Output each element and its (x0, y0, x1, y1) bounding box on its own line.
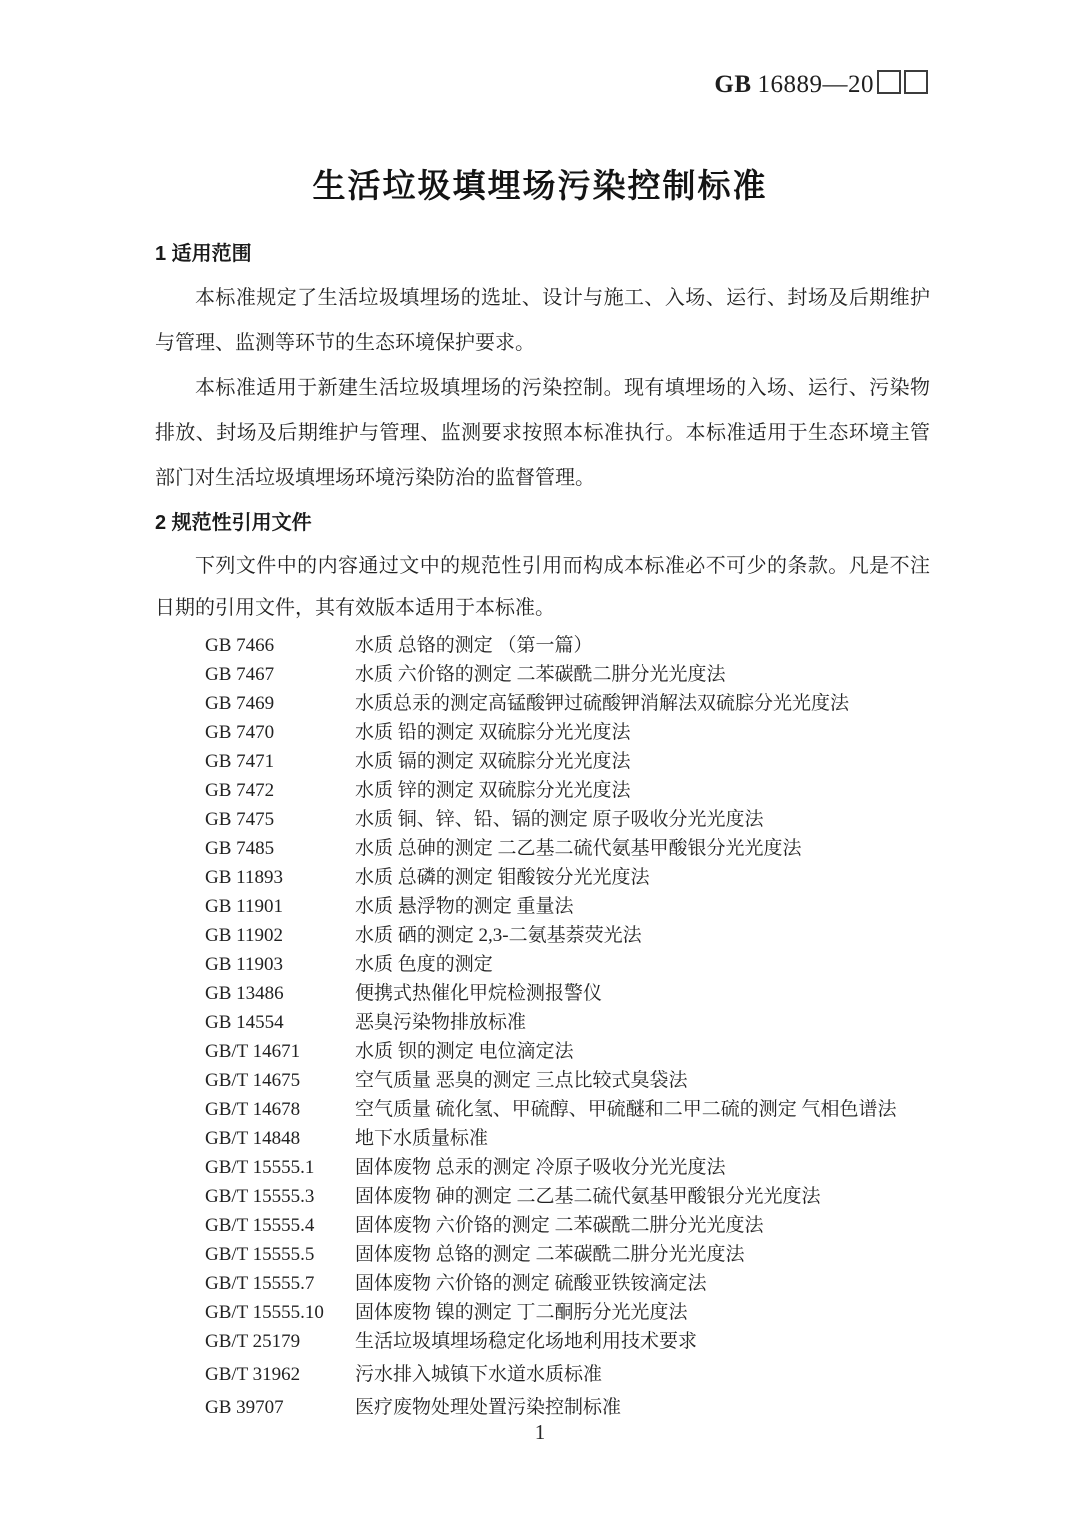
reference-title: 固体废物 砷的测定 二乙基二硫代氨基甲酸银分光光度法 (355, 1182, 930, 1211)
reference-code: GB/T 15555.4 (205, 1211, 355, 1240)
reference-item: GB/T 14848地下水质量标准 (205, 1124, 930, 1153)
standard-code: GB16889—20 (714, 70, 928, 99)
document-title: 生活垃圾填埋场污染控制标准 (0, 160, 1080, 207)
reference-code: GB 39707 (205, 1393, 355, 1422)
reference-item: GB 14554恶臭污染物排放标准 (205, 1008, 930, 1037)
reference-item: GB 7485水质 总砷的测定 二乙基二硫代氨基甲酸银分光光度法 (205, 834, 930, 863)
reference-item: GB 7469水质总汞的测定高锰酸钾过硫酸钾消解法双硫腙分光光度法 (205, 689, 930, 718)
reference-title: 水质 六价铬的测定 二苯碳酰二肼分光光度法 (355, 660, 930, 689)
reference-code: GB 7466 (205, 631, 355, 660)
reference-title: 固体废物 总铬的测定 二苯碳酰二肼分光光度法 (355, 1240, 930, 1269)
section-1-paragraph-2: 本标准适用于新建生活垃圾填埋场的污染控制。现有填埋场的入场、运行、污染物排放、封… (155, 366, 930, 501)
reference-title: 水质 悬浮物的测定 重量法 (355, 892, 930, 921)
reference-item: GB/T 15555.1固体废物 总汞的测定 冷原子吸收分光光度法 (205, 1153, 930, 1182)
reference-title: 污水排入城镇下水道水质标准 (355, 1360, 930, 1389)
reference-title: 水质 总磷的测定 钼酸铵分光光度法 (355, 863, 930, 892)
reference-item: GB 11893水质 总磷的测定 钼酸铵分光光度法 (205, 863, 930, 892)
reference-title: 水质 镉的测定 双硫腙分光光度法 (355, 747, 930, 776)
standard-code-label: GB (714, 71, 751, 98)
reference-code: GB/T 14848 (205, 1124, 355, 1153)
reference-title: 水质 钡的测定 电位滴定法 (355, 1037, 930, 1066)
reference-item: GB/T 15555.7固体废物 六价铬的测定 硫酸亚铁铵滴定法 (205, 1269, 930, 1298)
reference-code: GB 7470 (205, 718, 355, 747)
reference-code: GB 7467 (205, 660, 355, 689)
page-number: 1 (0, 1420, 1080, 1445)
reference-title: 水质 总铬的测定 （第一篇） (355, 631, 930, 660)
reference-item: GB 11902水质 硒的测定 2,3-二氨基萘荧光法 (205, 921, 930, 950)
reference-title: 固体废物 六价铬的测定 硫酸亚铁铵滴定法 (355, 1269, 930, 1298)
reference-code: GB/T 15555.7 (205, 1269, 355, 1298)
reference-title: 水质 硒的测定 2,3-二氨基萘荧光法 (355, 921, 930, 950)
reference-code: GB/T 15555.3 (205, 1182, 355, 1211)
reference-code: GB 13486 (205, 979, 355, 1008)
reference-code: GB/T 14671 (205, 1037, 355, 1066)
reference-list: GB 7466水质 总铬的测定 （第一篇）GB 7467水质 六价铬的测定 二苯… (155, 631, 930, 1422)
reference-code: GB 7485 (205, 834, 355, 863)
reference-code: GB 11893 (205, 863, 355, 892)
reference-item: GB/T 14671水质 钡的测定 电位滴定法 (205, 1037, 930, 1066)
reference-title: 水质 色度的测定 (355, 950, 930, 979)
reference-item: GB 39707医疗废物处理处置污染控制标准 (205, 1393, 930, 1422)
section-2-paragraph-1: 下列文件中的内容通过文中的规范性引用而构成本标准必不可少的条款。凡是不注日期的引… (155, 545, 930, 629)
reference-item: GB/T 31962污水排入城镇下水道水质标准 (205, 1360, 930, 1389)
reference-code: GB 7469 (205, 689, 355, 718)
reference-code: GB 11903 (205, 950, 355, 979)
reference-code: GB 11901 (205, 892, 355, 921)
reference-item: GB 11903水质 色度的测定 (205, 950, 930, 979)
reference-item: GB 7466水质 总铬的测定 （第一篇） (205, 631, 930, 660)
reference-code: GB/T 15555.10 (205, 1298, 355, 1327)
reference-item: GB 7472水质 锌的测定 双硫腙分光光度法 (205, 776, 930, 805)
reference-code: GB 14554 (205, 1008, 355, 1037)
document-page: GB16889—20 生活垃圾填埋场污染控制标准 1 适用范围 本标准规定了生活… (0, 0, 1080, 1527)
reference-title: 水质 总砷的测定 二乙基二硫代氨基甲酸银分光光度法 (355, 834, 930, 863)
reference-title: 水质总汞的测定高锰酸钾过硫酸钾消解法双硫腙分光光度法 (355, 689, 930, 718)
reference-code: GB/T 15555.5 (205, 1240, 355, 1269)
reference-item: GB/T 15555.3固体废物 砷的测定 二乙基二硫代氨基甲酸银分光光度法 (205, 1182, 930, 1211)
reference-item: GB/T 15555.4固体废物 六价铬的测定 二苯碳酰二肼分光光度法 (205, 1211, 930, 1240)
reference-item: GB 13486便携式热催化甲烷检测报警仪 (205, 979, 930, 1008)
reference-title: 水质 铅的测定 双硫腙分光光度法 (355, 718, 930, 747)
reference-code: GB/T 25179 (205, 1327, 355, 1356)
reference-code: GB/T 14675 (205, 1066, 355, 1095)
document-body: 1 适用范围 本标准规定了生活垃圾填埋场的选址、设计与施工、入场、运行、封场及后… (155, 240, 930, 1422)
reference-item: GB/T 15555.10固体废物 镍的测定 丁二酮肟分光光度法 (205, 1298, 930, 1327)
reference-title: 地下水质量标准 (355, 1124, 930, 1153)
reference-item: GB 7475水质 铜、锌、铅、镉的测定 原子吸收分光光度法 (205, 805, 930, 834)
reference-code: GB 7475 (205, 805, 355, 834)
reference-code: GB 7471 (205, 747, 355, 776)
reference-item: GB 7471水质 镉的测定 双硫腙分光光度法 (205, 747, 930, 776)
reference-item: GB 7467水质 六价铬的测定 二苯碳酰二肼分光光度法 (205, 660, 930, 689)
reference-item: GB 7470水质 铅的测定 双硫腙分光光度法 (205, 718, 930, 747)
reference-code: GB/T 14678 (205, 1095, 355, 1124)
standard-code-number: 16889—20 (758, 71, 875, 98)
reference-item: GB/T 25179生活垃圾填埋场稳定化场地利用技术要求 (205, 1327, 930, 1356)
reference-item: GB/T 14675空气质量 恶臭的测定 三点比较式臭袋法 (205, 1066, 930, 1095)
reference-code: GB 11902 (205, 921, 355, 950)
reference-title: 水质 锌的测定 双硫腙分光光度法 (355, 776, 930, 805)
section-1-paragraph-1: 本标准规定了生活垃圾填埋场的选址、设计与施工、入场、运行、封场及后期维护与管理、… (155, 276, 930, 366)
reference-item: GB/T 15555.5固体废物 总铬的测定 二苯碳酰二肼分光光度法 (205, 1240, 930, 1269)
year-placeholder-box (904, 70, 928, 94)
reference-title: 医疗废物处理处置污染控制标准 (355, 1393, 930, 1422)
reference-title: 固体废物 镍的测定 丁二酮肟分光光度法 (355, 1298, 930, 1327)
section-1-heading: 1 适用范围 (155, 240, 930, 268)
reference-code: GB/T 15555.1 (205, 1153, 355, 1182)
reference-code: GB/T 31962 (205, 1360, 355, 1389)
reference-title: 空气质量 硫化氢、甲硫醇、甲硫醚和二甲二硫的测定 气相色谱法 (355, 1095, 930, 1124)
reference-title: 固体废物 总汞的测定 冷原子吸收分光光度法 (355, 1153, 930, 1182)
reference-item: GB 11901水质 悬浮物的测定 重量法 (205, 892, 930, 921)
reference-title: 生活垃圾填埋场稳定化场地利用技术要求 (355, 1327, 930, 1356)
reference-title: 空气质量 恶臭的测定 三点比较式臭袋法 (355, 1066, 930, 1095)
reference-title: 固体废物 六价铬的测定 二苯碳酰二肼分光光度法 (355, 1211, 930, 1240)
reference-code: GB 7472 (205, 776, 355, 805)
year-placeholder-box (877, 70, 901, 94)
reference-title: 便携式热催化甲烷检测报警仪 (355, 979, 930, 1008)
reference-title: 水质 铜、锌、铅、镉的测定 原子吸收分光光度法 (355, 805, 930, 834)
section-2-heading: 2 规范性引用文件 (155, 509, 930, 537)
reference-item: GB/T 14678空气质量 硫化氢、甲硫醇、甲硫醚和二甲二硫的测定 气相色谱法 (205, 1095, 930, 1124)
reference-title: 恶臭污染物排放标准 (355, 1008, 930, 1037)
